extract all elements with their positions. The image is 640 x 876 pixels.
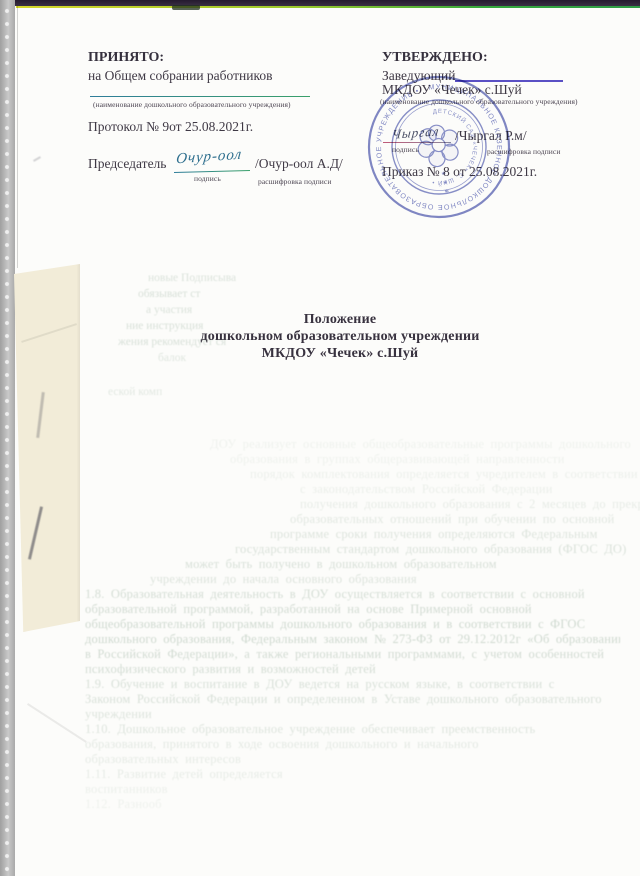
stamp-flower-icon	[414, 122, 461, 169]
bleedthrough-line: учреждении	[85, 707, 152, 722]
accepted-caption: (наименование дошкольного образовательно…	[93, 100, 291, 109]
official-stamp: МУНИЦИПАЛЬНОЕ КАЗЕННОЕ ДОШКОЛЬНОЕ ОБРАЗО…	[352, 60, 526, 234]
bleedthrough-line: в Российской Федерации», а также региона…	[85, 647, 604, 662]
bleedthrough-line: образовательных интересов	[85, 752, 241, 767]
bleedthrough-line: общеобразовательной программы дошкольног…	[85, 617, 585, 632]
bleedthrough-line: 1.12. Разнооб	[85, 797, 162, 812]
bleedthrough-fragment: ние инструкция	[126, 320, 203, 332]
binding-perforations	[3, 6, 12, 874]
bleedthrough-line: может быть получено в дошкольном образов…	[185, 557, 497, 572]
blank-line	[90, 96, 310, 97]
scanned-document: ПРИНЯТО: на Общем собрании работников (н…	[0, 0, 640, 876]
sign-label: подпись	[194, 174, 221, 183]
bleedthrough-fragment: а участия	[146, 304, 192, 316]
bleedthrough-line: 1.8. Образовательная деятельность в ДОУ …	[85, 587, 585, 602]
bleedthrough-line: порядок комплектования определяется учре…	[250, 467, 638, 482]
bleedthrough-line: 1.9. Обучение и воспитание в ДОУ ведется…	[85, 677, 555, 692]
bleedthrough-fragment: балок	[158, 352, 186, 364]
bleedthrough-line: программе сроки получения определяются Ф…	[270, 527, 598, 542]
bleedthrough-line: Законом Российской Федерации и определен…	[85, 692, 602, 707]
bleedthrough-line: воспитанников	[85, 782, 168, 797]
bleedthrough-fragment: новые Подписыва	[148, 272, 236, 284]
bleedthrough-fragment: еской комп	[108, 386, 162, 398]
bleedthrough-line: 1.11. Развитие детей определяется	[85, 767, 283, 782]
bleedthrough-fragment: обязывает ст	[138, 288, 200, 300]
signature-line	[174, 170, 250, 173]
scan-top-highlight-line	[16, 6, 640, 8]
accepted-heading: ПРИНЯТО:	[88, 50, 164, 66]
bleedthrough-line: психофизического развития и возможностей…	[85, 662, 376, 677]
bleedthrough-line: образовательных отношений при обучении п…	[290, 512, 615, 527]
protocol-line: Протокол № 9от 25.08.2021г.	[88, 119, 253, 135]
stamp-graphic: МУНИЦИПАЛЬНОЕ КАЗЕННОЕ ДОШКОЛЬНОЕ ОБРАЗО…	[352, 60, 526, 234]
bleedthrough-line: ДОУ реализует основные общеобразовательн…	[210, 437, 631, 452]
bleedthrough-line: учреждении до начала основного образован…	[150, 572, 417, 587]
bleedthrough-line: образовательной программой, разработанно…	[85, 602, 532, 617]
chair-label: Председатель	[88, 156, 166, 172]
chair-name: /Очур-оол А.Д/	[255, 156, 343, 172]
page-left-edge	[17, 6, 18, 268]
chair-handwritten-signature: Очур-оол	[175, 147, 243, 169]
bleedthrough-line: образования в группах общеразвивающей на…	[230, 452, 565, 467]
bleedthrough-line: с законодательством Российской Федерации	[300, 482, 553, 497]
bleedthrough-line: государственным стандартом дошкольного о…	[235, 542, 627, 557]
accepted-body-line: на Общем собрании работников	[88, 68, 272, 84]
bleedthrough-line: образования, принятого в ходе освоения д…	[85, 737, 479, 752]
bleedthrough-line: дошкольного образования, Федеральным зак…	[85, 632, 620, 647]
page-crease	[27, 703, 87, 742]
approved-heading: УТВЕРЖДЕНО:	[382, 50, 488, 66]
bleedthrough-line: 1.10. Дошкольное образовательное учрежде…	[85, 722, 535, 737]
ink-smudge	[172, 5, 200, 10]
pen-mark	[33, 156, 41, 162]
bleedthrough-fragment: жения рекомендует ся	[118, 336, 226, 348]
decode-label: расшифровка подписи	[258, 177, 331, 186]
bleedthrough-line: получения дошкольного образования с 2 ме…	[300, 497, 640, 512]
